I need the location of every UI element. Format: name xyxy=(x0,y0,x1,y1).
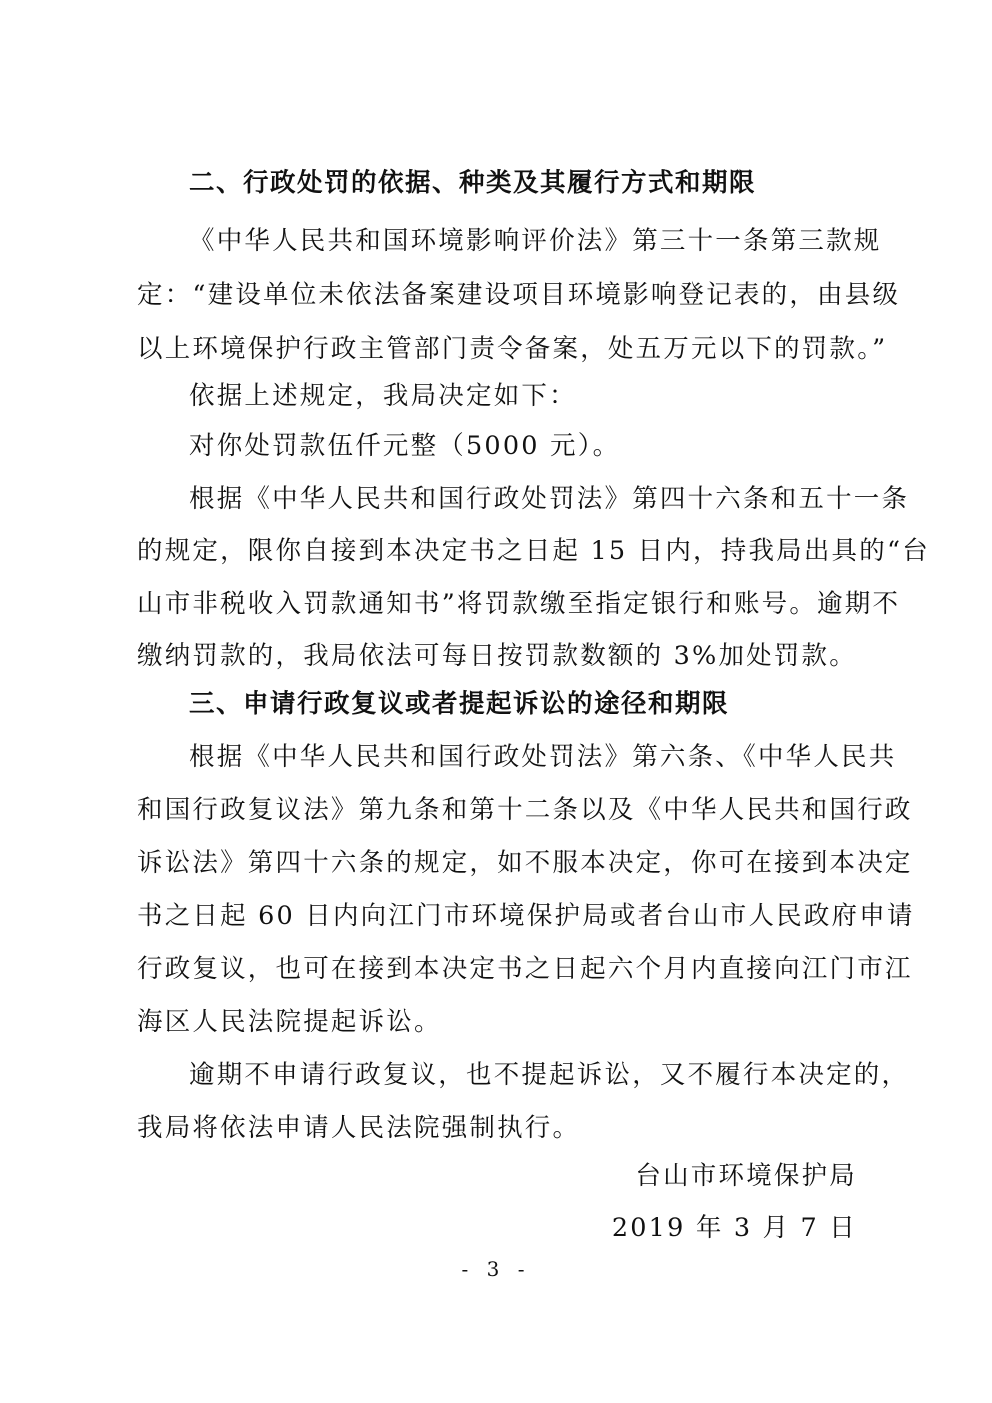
paragraph-line: 山市非税收入罚款通知书”将罚款缴至指定银行和账号。逾期不 xyxy=(137,589,867,619)
paragraph-line: 海区人民法院提起诉讼。 xyxy=(137,1007,867,1037)
paragraph-line: 根据《中华人民共和国行政处罚法》第六条、《中华人民共 xyxy=(189,742,867,772)
paragraph-line: 依据上述规定，我局决定如下： xyxy=(189,381,919,411)
section-heading-penalty-basis: 二、行政处罚的依据、种类及其履行方式和期限 xyxy=(189,168,919,198)
paragraph-line: 和国行政复议法》第九条和第十二条以及《中华人民共和国行政 xyxy=(137,795,867,825)
paragraph-line: 我局将依法申请人民法院强制执行。 xyxy=(137,1113,867,1143)
paragraph-line: 缴纳罚款的，我局依法可每日按罚款数额的 3%加处罚款。 xyxy=(137,641,867,671)
page-number: - 3 - xyxy=(0,1256,992,1282)
issuer-signature: 台山市环境保护局 xyxy=(635,1161,857,1191)
paragraph-line: 行政复议，也可在接到本决定书之日起六个月内直接向江门市江 xyxy=(137,954,867,984)
paragraph-line: 以上环境保护行政主管部门责令备案，处五万元以下的罚款。” xyxy=(137,334,867,364)
paragraph-line: 根据《中华人民共和国行政处罚法》第四十六条和五十一条 xyxy=(189,484,867,514)
paragraph-line: 书之日起 60 日内向江门市环境保护局或者台山市人民政府申请 xyxy=(137,901,867,931)
section-heading-appeal: 三、申请行政复议或者提起诉讼的途径和期限 xyxy=(189,689,919,719)
document-page: 二、行政处罚的依据、种类及其履行方式和期限 《中华人民共和国环境影响评价法》第三… xyxy=(0,0,992,1403)
paragraph-line: 《中华人民共和国环境影响评价法》第三十一条第三款规 xyxy=(189,226,867,256)
paragraph-line: 的规定，限你自接到本决定书之日起 15 日内，持我局出具的“台 xyxy=(137,536,867,566)
penalty-amount-line: 对你处罚款伍仟元整（5000 元）。 xyxy=(189,431,919,461)
paragraph-line: 逾期不申请行政复议，也不提起诉讼，又不履行本决定的， xyxy=(189,1060,867,1090)
paragraph-line: 诉讼法》第四十六条的规定，如不服本决定，你可在接到本决定 xyxy=(137,848,867,878)
issue-date: 2019 年 3 月 7 日 xyxy=(612,1213,857,1243)
paragraph-line: 定：“建设单位未依法备案建设项目环境影响登记表的，由县级 xyxy=(137,280,867,310)
